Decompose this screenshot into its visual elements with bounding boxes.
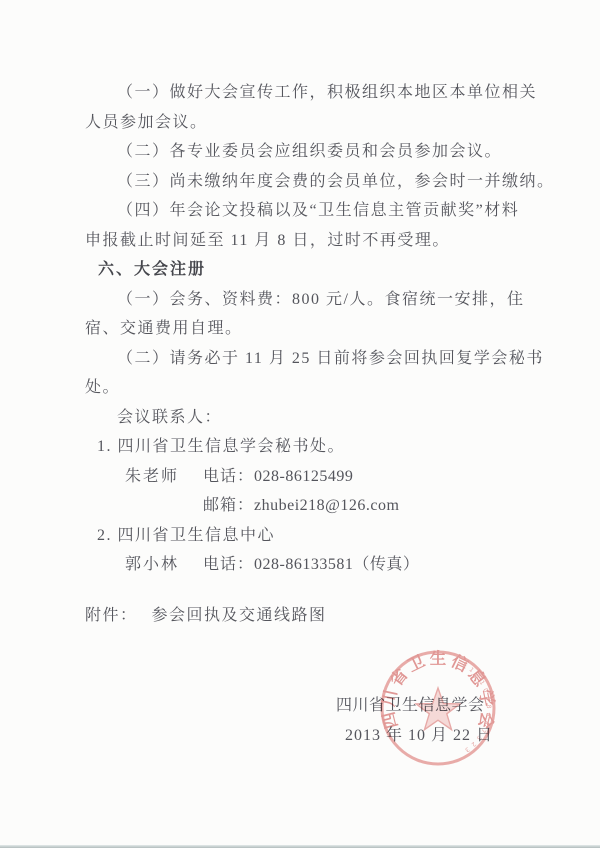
section-heading: 六、大会注册 [85,255,545,285]
email-label: 邮箱： [203,497,254,514]
contacts-heading: 会议联系人： [85,403,545,433]
contact-email-line: 邮箱：zhubei218@126.com [85,491,545,521]
body-line: （四）年会论文投稿以及“卫生信息主管贡献奖”材料 [85,196,545,226]
attachment-line: 附件：参会回执及交通线路图 [85,601,327,631]
body-line: 申报截止时间延至 11 月 8 日，过时不再受理。 [85,226,545,256]
body-line: 人员参加会议。 [85,108,545,138]
body-line: （二）各专业委员会应组织委员和会员参加会议。 [85,137,545,167]
phone-number: 028-86125499 [254,468,353,485]
body-line: （三）尚未缴纳年度会费的会员单位，参会时一并缴纳。 [85,167,545,197]
contact-phone-line: 郭小林电话：028-86133581（传真） [85,550,545,580]
contact-person-name: 朱老师 [125,462,203,492]
phone-label: 电话： [203,556,254,573]
official-seal: 四川省卫生信息学会 5101008847323 [378,648,498,768]
attachment-label: 附件： [85,607,138,624]
contact-item-title: 2. 四川省卫生信息中心 [85,521,545,551]
contact-item-title: 1. 四川省卫生信息学会秘书处。 [85,432,545,462]
body-line: （二）请务必于 11 月 25 日前将参会回执回复学会秘书 [85,344,545,374]
body-line: （一）做好大会宣传工作，积极组织本地区本单位相关 [85,78,545,108]
body-line: 处。 [85,373,545,403]
document-body: （一）做好大会宣传工作，积极组织本地区本单位相关 人员参加会议。 （二）各专业委… [85,78,545,580]
seal-serial-number: 5101008847323 [461,661,492,753]
body-line: 宿、交通费用自理。 [85,314,545,344]
body-line: （一）会务、资料费：800 元/人。食宿统一安排，住 [85,285,545,315]
seal-star-icon [416,688,460,730]
attachment-text: 参会回执及交通线路图 [152,607,327,624]
phone-label: 电话： [203,468,254,485]
phone-number: 028-86133581（传真） [254,556,419,573]
contact-person-name: 郭小林 [125,550,203,580]
email-address: zhubei218@126.com [254,497,399,514]
contact-phone-line: 朱老师电话：028-86125499 [85,462,545,492]
scanned-document-page: （一）做好大会宣传工作，积极组织本地区本单位相关 人员参加会议。 （二）各专业委… [0,0,600,848]
